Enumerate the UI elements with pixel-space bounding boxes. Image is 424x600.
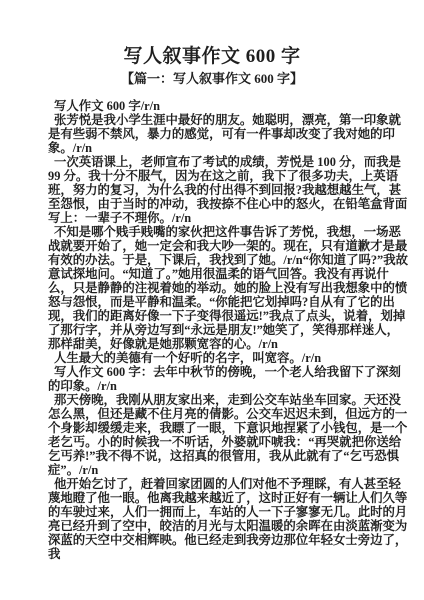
paragraph-8: 他开始乞讨了，赶着回家团圆的人们对他不予理睬，有人甚至轻蔑地瞪了他一眼。他离我越… (48, 477, 410, 561)
paragraph-2: 张芳悦是我小学生涯中最好的朋友。她聪明，漂亮，第一印象就是有些弱不禁风，暴力的感… (48, 113, 410, 155)
document-page: 写人叙事作文 600 字 【篇一：写人叙事作文 600 字】 写人作文 600 … (0, 0, 424, 600)
paragraph-5: 人生最大的美德有一个好听的名字，叫宽容。/r/n (48, 351, 410, 365)
document-body: 写人作文 600 字/r/n 张芳悦是我小学生涯中最好的朋友。她聪明，漂亮，第一… (48, 99, 410, 561)
paragraph-7: 那天傍晚，我刚从朋友家出来，走到公交车站坐车回家。天还没怎么黑，但还是藏不住月亮… (48, 393, 410, 477)
paragraph-3: 一次英语课上，老师宣布了考试的成绩，芳悦是 100 分，而我是 99 分。我十分… (48, 155, 410, 225)
section-heading: 【篇一：写人叙事作文 600 字】 (0, 71, 424, 87)
paragraph-6: 写人作文 600 字：去年中秋节的傍晚，一个老人给我留下了深刻的印象。/r/n (48, 365, 410, 393)
paragraph-4: 不知是哪个贱手贱嘴的家伙把这件事告诉了芳悦，我想，一场恶战就要开始了，她一定会和… (48, 225, 410, 351)
paragraph-1: 写人作文 600 字/r/n (48, 99, 410, 113)
document-title: 写人叙事作文 600 字 (0, 45, 424, 68)
